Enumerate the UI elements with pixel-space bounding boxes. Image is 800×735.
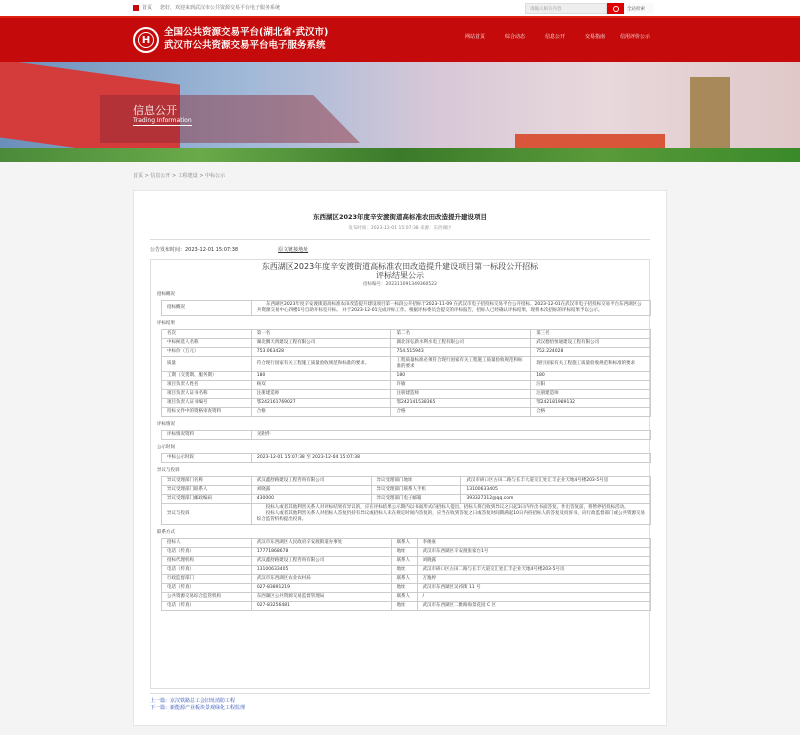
welcome-text: 您好，欢迎来到武汉市公共资源交易平台电子服务系统 xyxy=(160,4,280,11)
search-input[interactable]: 请输入相关内容 xyxy=(525,3,607,14)
table-cell: 异议受理部门联系人 xyxy=(162,486,252,495)
eval-table: 评标情况资料 见附件 xyxy=(161,430,651,440)
table-cell: 180 xyxy=(251,372,391,381)
period-value: 2023-12-01 15:07:38 至 2023-12-04 15:07:3… xyxy=(252,454,651,463)
table-cell: 杨双 xyxy=(251,381,391,390)
nav-home[interactable]: 网站首页 xyxy=(455,33,495,40)
table-row: 中标候选人名称湖北腾天禹建设工程有限公司湖北泽弘新水利水电工程有限公司武汉德佰恒… xyxy=(162,339,651,348)
table-cell: 752.224028 xyxy=(531,348,651,357)
table-cell: 湖北泽弘新水利水电工程有限公司 xyxy=(391,339,531,348)
results-table: 名次第一名第二名第三名中标候选人名称湖北腾天禹建设工程有限公司湖北泽弘新水利水电… xyxy=(161,329,651,417)
table-cell: 027-83891219 xyxy=(251,584,391,593)
table-cell: 武汉鑫舒路建设工程咨询有限公司 xyxy=(251,557,391,566)
table-cell: 名次 xyxy=(162,330,252,339)
nav-news[interactable]: 综合动态 xyxy=(495,33,535,40)
table-cell: 中标价（万元） xyxy=(162,348,252,357)
table-cell: 异议受理部门名称 xyxy=(162,477,252,486)
table-cell: 联系人 xyxy=(391,557,417,566)
table-cell: 武汉鑫舒路建设工程咨询有限公司 xyxy=(251,477,371,486)
table-cell: 刘晓露 xyxy=(251,486,371,495)
crumb-engineering[interactable]: 工程建设 xyxy=(178,173,198,179)
table-row: 异议受理部门邮政编码430000异议受理部门电子邮箱393327312@qq.c… xyxy=(162,495,651,504)
table-cell: 180 xyxy=(391,372,531,381)
table-cell: 武汉市东西湖区人民政府辛安渡街道办事处 xyxy=(251,539,391,548)
search-button[interactable] xyxy=(607,3,624,14)
document-body: 东西湖区2023年度辛安渡街道高标准农田改造提升建设项目第一标段公开招标评标结果… xyxy=(150,259,650,689)
banner-title: 信息公开 xyxy=(133,102,177,118)
table-cell: 招标人 xyxy=(162,539,252,548)
table-cell: 现行国家有关工程施工质量验收规范和标准的要求 xyxy=(531,357,651,372)
table-cell: 注册建造师 xyxy=(251,390,391,399)
table-cell: 鄂242181989132 xyxy=(531,399,651,408)
table-cell: 异议受理部门地址 xyxy=(371,477,461,486)
article-meta: 发布时间：2023-12-01 15:07:38 来源：东西湖区 xyxy=(134,225,666,231)
table-cell: 电话（传真） xyxy=(162,566,252,575)
main-nav: 网站首页 综合动态 信息公开 交易指南 信用评价公示 xyxy=(455,33,655,40)
table-cell: 行政监督部门 xyxy=(162,575,252,584)
period-label: 中标公示时段 xyxy=(162,454,252,463)
objection-paragraph: 投标人或者其他利害关系人对招标人答复仍持有异议或招标人未在规定时间内答复的，应当… xyxy=(257,511,645,523)
table-row: 项目负责人证书编号鄂242161769027鄂242141538365鄂2421… xyxy=(162,399,651,408)
crumb-current: 中标公示 xyxy=(205,173,225,179)
section-eval: 评标情况 xyxy=(157,421,647,427)
table-cell: 湖北腾天禹建设工程有限公司 xyxy=(251,339,391,348)
table-cell: 工程质量标准必须符合现行国家有关工程施工质量验收规范和标准的要求 xyxy=(391,357,531,372)
table-row: 电话（传真）027-83891219地址武汉市东西湖区吴祁街 11 号 xyxy=(162,584,651,593)
table-cell: 武汉德佰恒通建设工程有限公司 xyxy=(531,339,651,348)
table-row: 异议受理部门联系人刘晓露异议受理部门联系人手机13100633405 xyxy=(162,486,651,495)
section-contact: 联系方式 xyxy=(157,529,647,535)
table-row: 异议受理部门名称武汉鑫舒路建设工程咨询有限公司异议受理部门地址武汉市硚口区古田二… xyxy=(162,477,651,486)
table-cell: 电话（传真） xyxy=(162,548,252,557)
table-row: 投标文件中的资格审查资料合格合格合格 xyxy=(162,408,651,417)
table-cell: 联系人 xyxy=(391,593,417,602)
table-cell: 武汉市东西湖区吴祁街 11 号 xyxy=(417,584,650,593)
eval-value[interactable]: 见附件 xyxy=(252,431,651,440)
banner-subtitle: Trading Information xyxy=(133,117,192,126)
top-bar: 首页 您好，欢迎来到武汉市公共资源交易平台电子服务系统 请输入相关内容 全站检索 xyxy=(0,0,800,16)
next-article-link[interactable]: 下一篇：新能源产业板块景观绿化工程监理 xyxy=(150,705,666,712)
table-cell: 393327312@qq.com xyxy=(461,495,651,504)
banner: 信息公开 Trading Information xyxy=(0,62,800,162)
table-cell: 第三名 xyxy=(531,330,651,339)
table-cell: 鄂242141538365 xyxy=(391,399,531,408)
table-cell: 注册建造师 xyxy=(531,390,651,399)
table-cell: 汪阳 xyxy=(531,381,651,390)
publish-row: 公告发布时间：2023-12-01 15:07:38 原文链接地址 xyxy=(150,246,650,253)
table-cell: 地址 xyxy=(391,602,417,611)
table-cell: 17771868678 xyxy=(251,548,391,557)
table-row: 质量符合现行国家有关工程施工质量验收规范和标准的要求。工程质量标准必须符合现行国… xyxy=(162,357,651,372)
search-scope[interactable]: 全站检索 xyxy=(624,3,654,14)
search-icon xyxy=(613,6,619,12)
publish-time: 公告发布时间：2023-12-01 15:07:38 xyxy=(150,246,238,253)
home-link[interactable]: 首页 xyxy=(133,4,152,11)
table-cell: / xyxy=(417,593,650,602)
table-cell: 电话（传真） xyxy=(162,584,252,593)
table-cell: 13100633405 xyxy=(461,486,651,495)
table-cell: 753.063428 xyxy=(251,348,391,357)
table-cell: 项目负责人姓名 xyxy=(162,381,252,390)
overview-table: 招标概况 东西湖区2023年度辛安渡街道高标准农田改造提升建设项目第一标段公开招… xyxy=(161,300,651,316)
divider xyxy=(150,239,650,240)
table-cell: 异议受理部门邮政编码 xyxy=(162,495,252,504)
site-title: 全国公共资源交易平台(湖北省·武汉市) 武汉市公共资源交易平台电子服务系统 xyxy=(164,27,328,52)
site-title-line1: 全国公共资源交易平台(湖北省·武汉市) xyxy=(164,27,328,40)
table-row: 电话（传真）027-83256481地址武汉市东西湖区二雅路海景花园 C 区 xyxy=(162,602,651,611)
crumb-info[interactable]: 信息公开 xyxy=(150,173,170,179)
home-icon xyxy=(133,5,139,11)
table-cell: 第二名 xyxy=(391,330,531,339)
table-cell: 地址 xyxy=(391,566,417,575)
source-link[interactable]: 原文链接地址 xyxy=(278,246,308,253)
table-cell: 武汉市东西湖区辛安渡张家台1号 xyxy=(417,548,650,557)
table-cell: 合格 xyxy=(531,408,651,417)
doc-title-line1: 东西湖区2023年度辛安渡街道高标准农田改造提升建设项目第一标段公开招标 xyxy=(153,262,647,271)
period-table: 中标公示时段 2023-12-01 15:07:38 至 2023-12-04 … xyxy=(161,453,651,463)
nav-credit[interactable]: 信用评价公示 xyxy=(615,33,655,40)
section-objection: 异议与投诉 xyxy=(157,467,647,473)
table-cell: 异议受理部门联系人手机 xyxy=(371,486,461,495)
nav-guide[interactable]: 交易指南 xyxy=(575,33,615,40)
table-cell: 许敏 xyxy=(391,381,531,390)
table-cell: 投标文件中的资格审查资料 xyxy=(162,408,252,417)
table-cell: 联系人 xyxy=(391,575,417,584)
doc-title-line2: 评标结果公示 xyxy=(153,271,647,280)
crumb-home[interactable]: 首页 xyxy=(133,173,143,179)
table-cell: 合格 xyxy=(251,408,391,417)
banner-tower-image xyxy=(690,77,730,152)
article-card: 东西湖区2023年度辛安渡街道高标准农田改造提升建设项目 发布时间：2023-1… xyxy=(133,190,667,726)
article-title: 东西湖区2023年度辛安渡街道高标准农田改造提升建设项目 xyxy=(134,212,666,221)
table-cell: 东西湖区公共资源交易监督管理局 xyxy=(251,593,391,602)
table-cell: 13100633405 xyxy=(251,566,391,575)
overview-label: 招标概况 xyxy=(162,301,252,316)
table-row: 名次第一名第二名第三名 xyxy=(162,330,651,339)
prev-next: 上一篇：京汉铁路总工会旧址消防工程 下一篇：新能源产业板块景观绿化工程监理 xyxy=(150,698,666,712)
banner-trees-image xyxy=(0,148,800,162)
eval-label: 评标情况资料 xyxy=(162,431,252,440)
table-cell: 180 xyxy=(531,372,651,381)
table-cell: 符合现行国家有关工程施工质量验收规范和标准的要求。 xyxy=(251,357,391,372)
site-header: H 全国公共资源交易平台(湖北省·武汉市) 武汉市公共资源交易平台电子服务系统 … xyxy=(0,16,800,62)
table-row: 项目负责人姓名杨双许敏汪阳 xyxy=(162,381,651,390)
table-cell: 注册建造师 xyxy=(391,390,531,399)
table-cell: 刘晓露 xyxy=(417,557,650,566)
bid-number: 招标编号：20231109134936052​2 xyxy=(153,281,647,287)
table-cell: 李俊豪 xyxy=(417,539,650,548)
site-logo-icon[interactable]: H xyxy=(133,27,159,53)
table-cell: 武汉市东西湖区农业农村局 xyxy=(251,575,391,584)
objection-label: 异议与投诉 xyxy=(162,504,252,525)
site-title-line2: 武汉市公共资源交易平台电子服务系统 xyxy=(164,40,328,53)
contact-table: 招标人武汉市东西湖区人民政府辛安渡街道办事处联系人李俊豪电话（传真）177718… xyxy=(161,538,651,611)
table-cell: 754.515943 xyxy=(391,348,531,357)
table-row: 行政监督部门武汉市东西湖区农业农村局联系人万逸婷 xyxy=(162,575,651,584)
breadcrumb: 首页 > 信息公开 > 工程建设 > 中标公示 xyxy=(133,172,225,179)
prev-article-link[interactable]: 上一篇：京汉铁路总工会旧址消防工程 xyxy=(150,698,666,705)
section-period: 公示时间 xyxy=(157,444,647,450)
table-cell: 第一名 xyxy=(251,330,391,339)
table-cell: 公共资源交易综合监管机构 xyxy=(162,593,252,602)
doc-title: 东西湖区2023年度辛安渡街道高标准农田改造提升建设项目第一标段公开招标评标结果… xyxy=(153,262,647,280)
home-label: 首页 xyxy=(142,4,152,11)
table-cell: 地址 xyxy=(391,548,417,557)
table-row: 工期（交货期、服务期）180180180 xyxy=(162,372,651,381)
table-row: 项目负责人证书名称注册建造师注册建造师注册建造师 xyxy=(162,390,651,399)
table-row: 电话（传真）13100633405地址武汉市硚口区古田二路与长丰大道交汇处汇丰企… xyxy=(162,566,651,575)
divider xyxy=(150,693,650,694)
table-cell: 430000 xyxy=(251,495,371,504)
table-cell: 027-83256481 xyxy=(251,602,391,611)
table-row: 招标代理机构武汉鑫舒路建设工程咨询有限公司联系人刘晓露 xyxy=(162,557,651,566)
table-cell: 质量 xyxy=(162,357,252,372)
table-cell: 招标代理机构 xyxy=(162,557,252,566)
table-row: 中标价（万元）753.063428754.515943752.224028 xyxy=(162,348,651,357)
table-cell: 武汉市硚口区古田二路与长丰大道交汇处汇丰企业天地4号楼203-5号房 xyxy=(417,566,650,575)
table-cell: 联系人 xyxy=(391,539,417,548)
objection-text: 投标人或者其他利害关系人对评标结果有异议的，应在评标结果公示期内以书面形式向招标… xyxy=(251,504,650,525)
table-cell: 异议受理部门电子邮箱 xyxy=(371,495,461,504)
table-cell: 地址 xyxy=(391,584,417,593)
nav-info[interactable]: 信息公开 xyxy=(535,33,575,40)
site-search: 请输入相关内容 全站检索 xyxy=(525,3,654,14)
table-cell: 中标候选人名称 xyxy=(162,339,252,348)
table-row: 招标人武汉市东西湖区人民政府辛安渡街道办事处联系人李俊豪 xyxy=(162,539,651,548)
table-cell: 万逸婷 xyxy=(417,575,650,584)
overview-text: 东西湖区2023年度辛安渡街道高标准农田改造提升建设项目第一标段公开招标于202… xyxy=(252,301,651,316)
table-cell: 武汉市东西湖区二雅路海景花园 C 区 xyxy=(417,602,650,611)
section-overview: 招标概况 xyxy=(157,291,647,297)
table-row: 异议与投诉投标人或者其他利害关系人对评标结果有异议的，应在评标结果公示期内以书面… xyxy=(162,504,651,525)
table-cell: 项目负责人证书名称 xyxy=(162,390,252,399)
table-cell: 工期（交货期、服务期） xyxy=(162,372,252,381)
objection-table: 异议受理部门名称武汉鑫舒路建设工程咨询有限公司异议受理部门地址武汉市硚口区古田二… xyxy=(161,476,651,525)
section-results: 评标结果 xyxy=(157,320,647,326)
table-cell: 鄂242161769027 xyxy=(251,399,391,408)
table-cell: 合格 xyxy=(391,408,531,417)
table-cell: 电话（传真） xyxy=(162,602,252,611)
table-row: 公共资源交易综合监管机构东西湖区公共资源交易监督管理局联系人/ xyxy=(162,593,651,602)
table-cell: 武汉市硚口区古田二路与长丰大道交汇处汇丰企业天地4号楼203-5号房 xyxy=(461,477,651,486)
table-row: 电话（传真）17771868678地址武汉市东西湖区辛安渡张家台1号 xyxy=(162,548,651,557)
table-cell: 项目负责人证书编号 xyxy=(162,399,252,408)
